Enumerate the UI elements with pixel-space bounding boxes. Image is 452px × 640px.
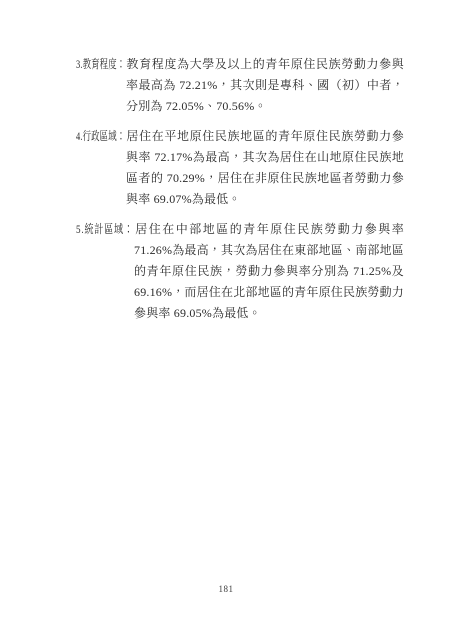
page-content: 3.教育程度：教育程度為大學及以上的青年原住民族勞動力參與率最高為 72.21%…: [76, 54, 404, 333]
list-item-prefix: 4.行政區域：: [76, 126, 126, 147]
list-item: 4.行政區域：居住在平地原住民族地區的青年原住民族勞動力參與率 72.17%為最…: [76, 126, 404, 210]
list-item-label: 統計區域：: [84, 222, 133, 236]
list-item-body: 教育程度為大學及以上的青年原住民族勞動力參與率最高為 72.21%，其次則是專科…: [126, 57, 404, 113]
document-page: 3.教育程度：教育程度為大學及以上的青年原住民族勞動力參與率最高為 72.21%…: [0, 0, 452, 640]
list-item-label: 行政區域：: [83, 129, 126, 143]
list-item-body: 居住在平地原住民族地區的青年原住民族勞動力參與率 72.17%為最高，其次為居住…: [126, 129, 404, 206]
list-item-label: 教育程度：: [83, 57, 126, 71]
list-item: 5.統計區域：居住在中部地區的青年原住民族勞動力參與率 71.26%為最高，其次…: [76, 219, 404, 324]
list-item-prefix: 5.統計區域：: [76, 219, 134, 240]
page-number: 181: [0, 584, 452, 594]
list-item: 3.教育程度：教育程度為大學及以上的青年原住民族勞動力參與率最高為 72.21%…: [76, 54, 404, 117]
list-item-marker: 5.: [76, 222, 84, 236]
list-item-body: 居住在中部地區的青年原住民族勞動力參與率 71.26%為最高，其次為居住在東部地…: [134, 222, 404, 320]
list-item-prefix: 3.教育程度：: [76, 54, 126, 75]
